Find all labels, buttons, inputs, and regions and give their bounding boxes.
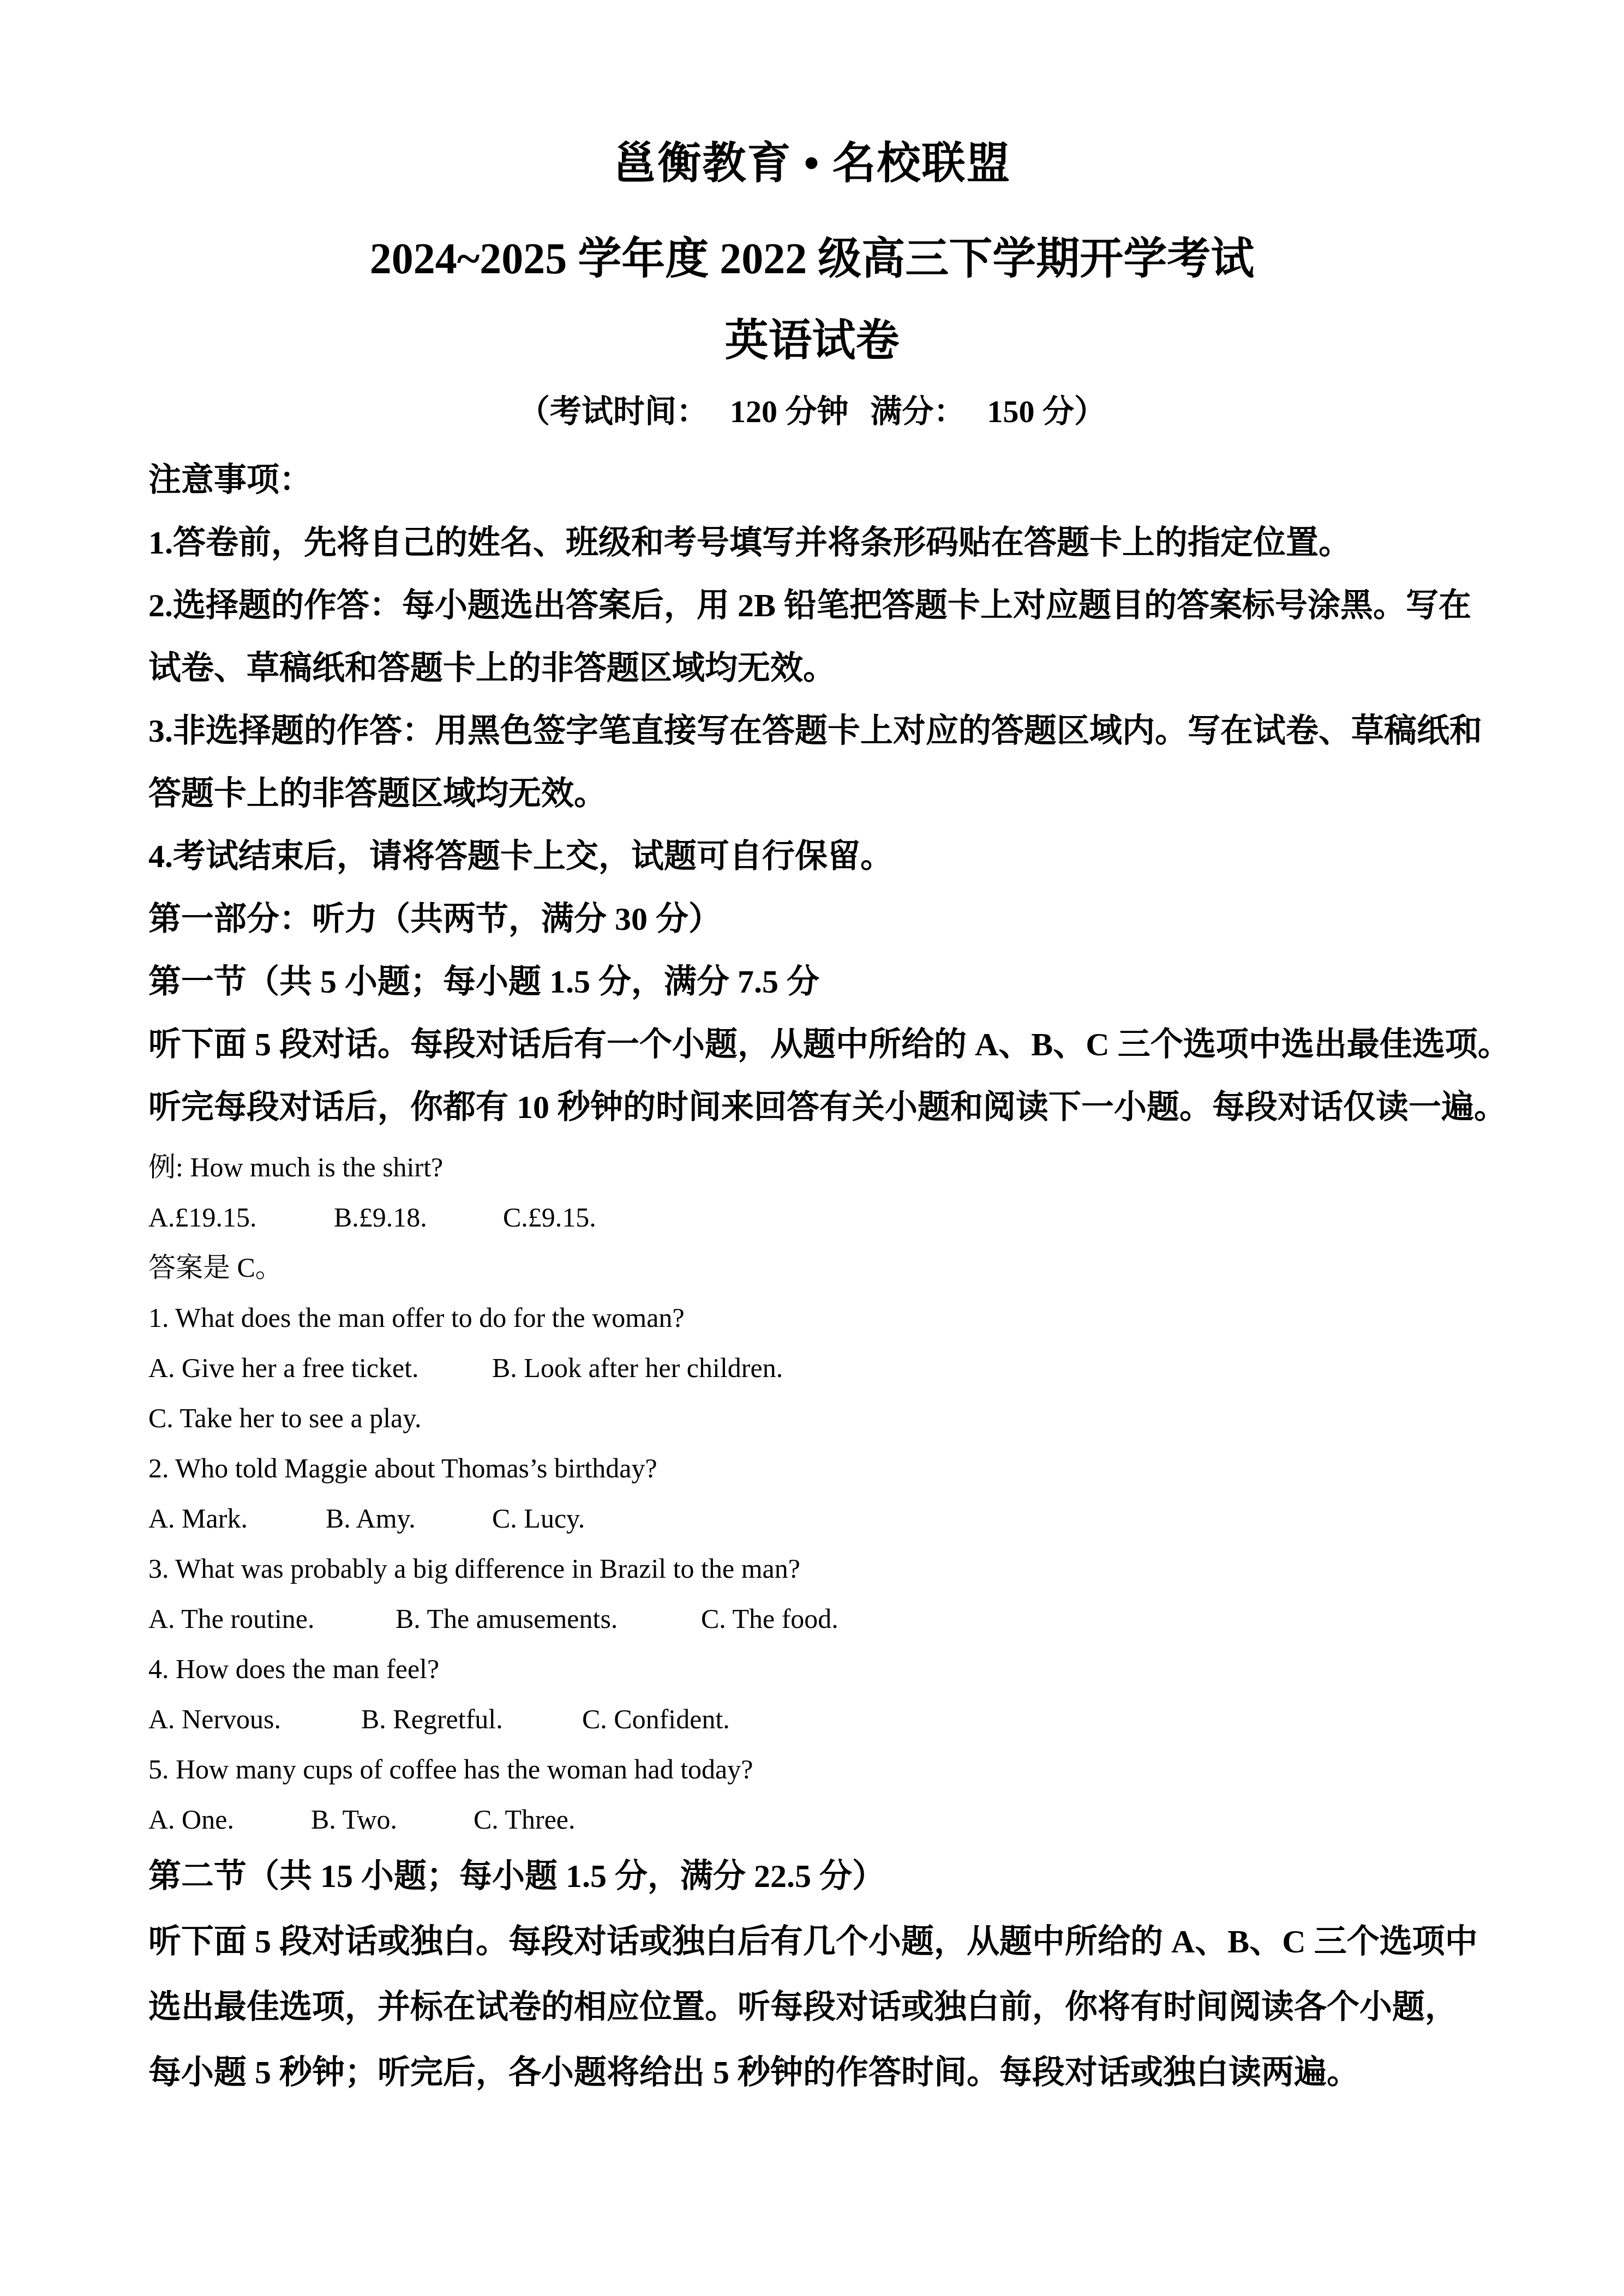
option-c: C. The food.: [701, 1597, 838, 1640]
option-c: C.£9.15.: [503, 1195, 596, 1239]
option-b: B. Regretful.: [361, 1697, 582, 1741]
option-a: A. Give her a free ticket.: [148, 1346, 492, 1390]
paper-name: 英语试卷: [0, 311, 1624, 371]
exam-time-label: （考试时间：: [518, 394, 708, 429]
exam-page: 邕衡教育 • 名校联盟 2024~2025 学年度 2022 级高三下学期开学考…: [0, 0, 1624, 2296]
question-4: 4. How does the man feel?: [148, 1647, 439, 1691]
option-b: B. Look after her children.: [492, 1346, 783, 1390]
option-b: B. Amy.: [326, 1496, 492, 1540]
note-item: 1.答卷前，先将自己的姓名、班级和考号填写并将条形码贴在答题卡上的指定位置。: [148, 518, 1351, 567]
question-2: 2. Who told Maggie about Thomas’s birthd…: [148, 1446, 657, 1490]
part1-heading: 第一部分：听力（共两节，满分 30 分）: [148, 894, 721, 943]
notes-heading: 注意事项：: [148, 455, 312, 504]
option-a: A. Mark.: [148, 1496, 326, 1540]
page-title: 邕衡教育 • 名校联盟: [0, 134, 1624, 194]
option-a: A. The routine.: [148, 1597, 395, 1640]
question-1-options: A. Give her a free ticket.B. Look after …: [148, 1346, 783, 1390]
exam-score-value: 150 分）: [987, 394, 1106, 429]
exam-score-label: 满分：: [871, 394, 966, 429]
section2-heading: 第二节（共 15 小题；每小题 1.5 分，满分 22.5 分）: [148, 1852, 885, 1901]
section1-instruction: 听下面 5 段对话。每段对话后有一个小题，从题中所给的 A、B、C 三个选项中选…: [148, 1020, 1511, 1069]
section2-instruction: 听下面 5 段对话或独白。每段对话或独白后有几个小题，从题中所给的 A、B、C …: [148, 1917, 1478, 1966]
section1-heading: 第一节（共 5 小题；每小题 1.5 分，满分 7.5 分: [148, 957, 819, 1006]
note-item: 试卷、草稿纸和答题卡上的非答题区域均无效。: [148, 644, 836, 693]
option-c: C. Three.: [474, 1798, 576, 1841]
question-3: 3. What was probably a big difference in…: [148, 1547, 800, 1590]
note-item: 2.选择题的作答：每小题选出答案后，用 2B 铅笔把答题卡上对应题目的答案标号涂…: [148, 581, 1471, 630]
section2-instruction: 选出最佳选项，并标在试卷的相应位置。听每段对话或独白前，你将有时间阅读各个小题，: [148, 1982, 1458, 2031]
option-b: B. The amusements.: [395, 1597, 701, 1640]
option-a: A. Nervous.: [148, 1697, 361, 1741]
note-item: 3.非选择题的作答：用黑色签字笔直接写在答题卡上对应的答题区域内。写在试卷、草稿…: [148, 706, 1482, 755]
option-c: C. Confident.: [582, 1697, 730, 1741]
option-b: B.£9.18.: [334, 1195, 503, 1239]
exam-time-value: 120 分钟: [730, 394, 849, 429]
question-4-options: A. Nervous.B. Regretful.C. Confident.: [148, 1697, 730, 1741]
question-1: 1. What does the man offer to do for the…: [148, 1296, 685, 1339]
question-3-options: A. The routine.B. The amusements.C. The …: [148, 1597, 838, 1640]
note-item: 答题卡上的非答题区域均无效。: [148, 769, 607, 818]
section1-instruction: 听完每段对话后，你都有 10 秒钟的时间来回答有关小题和阅读下一小题。每段对话仅…: [148, 1083, 1507, 1132]
exam-info: （考试时间：120 分钟满分：150 分）: [0, 387, 1624, 436]
option-b: B. Two.: [311, 1798, 474, 1841]
option-a: A.£19.15.: [148, 1195, 334, 1239]
example-question: 例: How much is the shirt?: [148, 1145, 443, 1189]
exam-subtitle: 2024~2025 学年度 2022 级高三下学期开学考试: [0, 229, 1624, 289]
option-c: C. Take her to see a play.: [148, 1396, 422, 1440]
option-a: A. One.: [148, 1798, 311, 1841]
option-c: C. Lucy.: [492, 1496, 585, 1540]
example-answer: 答案是 C。: [148, 1246, 283, 1289]
example-options: A.£19.15.B.£9.18.C.£9.15.: [148, 1195, 596, 1239]
question-5-options: A. One.B. Two.C. Three.: [148, 1798, 576, 1841]
note-item: 4.考试结束后，请将答题卡上交，试题可自行保留。: [148, 832, 893, 881]
question-5: 5. How many cups of coffee has the woman…: [148, 1747, 753, 1791]
section2-instruction: 每小题 5 秒钟；听完后，各小题将给出 5 秒钟的作答时间。每段对话或独白读两遍…: [148, 2048, 1359, 2097]
question-2-options: A. Mark.B. Amy.C. Lucy.: [148, 1496, 585, 1540]
